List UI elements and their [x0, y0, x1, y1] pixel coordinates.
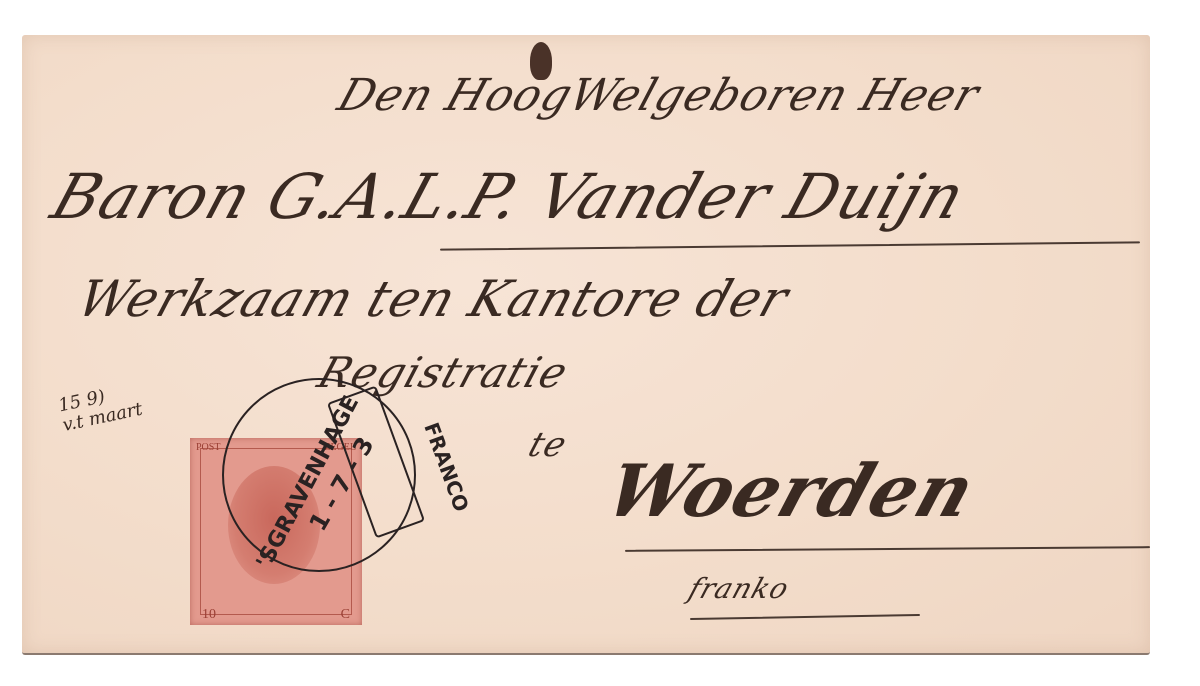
stamp-value-unit: C [341, 607, 350, 623]
stamp-value: 10 C [202, 607, 350, 623]
stamp-value-number: 10 [202, 607, 216, 623]
address-occupation: Werkzaam ten Kantore der [71, 270, 796, 328]
stamp-post-label: POST [196, 442, 220, 453]
franko-note: franko [685, 572, 794, 605]
address-name: Baron G.A.L.P. Vander Duijn [43, 160, 974, 233]
address-salutation: Den HoogWelgeboren Heer [332, 70, 986, 121]
address-city: Woerden [596, 448, 986, 533]
